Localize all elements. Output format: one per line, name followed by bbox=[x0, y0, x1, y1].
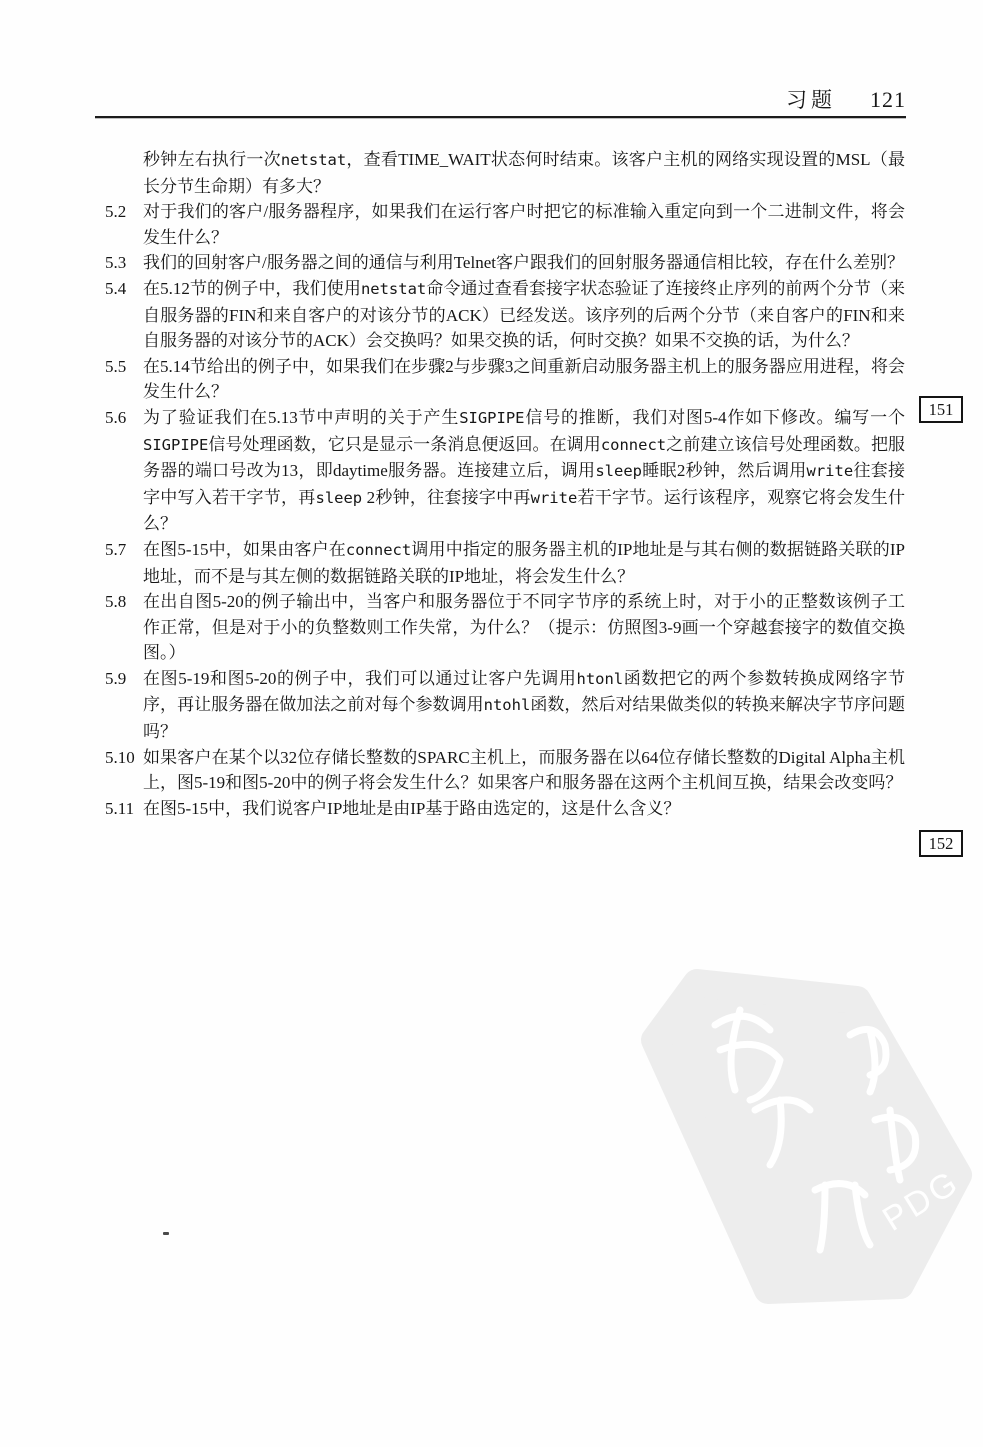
exercise-number: 5.9 bbox=[105, 666, 143, 745]
calligraphy-glyph bbox=[715, 1010, 780, 1100]
exercise-list: 秒钟左右执行一次netstat，查看TIME_WAIT状态何时结束。该客户主机的… bbox=[105, 147, 905, 821]
code-term: htonl bbox=[576, 670, 623, 688]
scanned-book-page: 习题121 秒钟左右执行一次netstat，查看TIME_WAIT状态何时结束。… bbox=[0, 0, 983, 1447]
calligraphy-glyph bbox=[850, 1029, 886, 1092]
header-rule bbox=[95, 116, 906, 118]
exercise-number: 5.6 bbox=[105, 405, 143, 537]
exercise-text: 在图5-19和图5-20的例子中，我们可以通过让客户先调用htonl函数把它的两… bbox=[143, 666, 905, 745]
exercise-5.8: 5.8 在出自图5-20的例子输出中，当客户和服务器位于不同字节序的系统上时，对… bbox=[105, 589, 905, 666]
exercise-5.5: 5.5 在5.14节给出的例子中，如果我们在步骤2与步骤3之间重新启动服务器主机… bbox=[105, 354, 905, 405]
exercise-number: 5.5 bbox=[105, 354, 143, 405]
exercise-number: 5.4 bbox=[105, 276, 143, 354]
exercise-number: 5.11 bbox=[105, 796, 143, 822]
exercise-text: 在图5-15中，如果由客户在connect调用中指定的服务器主机的IP地址是与其… bbox=[143, 537, 905, 589]
calligraphy-glyph bbox=[815, 1184, 870, 1250]
scan-artifact-dot bbox=[163, 1232, 169, 1235]
code-term: sleep bbox=[595, 462, 642, 480]
exercise-5.10: 5.10 如果客户在某个以32位存储长整数的SPARC主机上，而服务器在以64位… bbox=[105, 745, 905, 796]
page-break-marker-151: 151 bbox=[919, 396, 963, 423]
exercise-5.9: 5.9 在图5-19和图5-20的例子中，我们可以通过让客户先调用htonl函数… bbox=[105, 666, 905, 745]
section-title: 习题 bbox=[786, 88, 836, 112]
exercise-text: 如果客户在某个以32位存储长整数的SPARC主机上，而服务器在以64位存储长整数… bbox=[143, 745, 905, 796]
code-term: netstat bbox=[281, 151, 346, 169]
exercise-text: 为了验证我们在5.13节中声明的关于产生SIGPIPE信号的推断，我们对图5-4… bbox=[143, 405, 905, 537]
exercise-text: 我们的回射客户/服务器之间的通信与利用Telnet客户跟我们的回射服务器通信相比… bbox=[143, 250, 905, 276]
exercise-number: 5.7 bbox=[105, 537, 143, 589]
exercise-number: 5.8 bbox=[105, 589, 143, 666]
exercise-5.11: 5.11 在图5-15中，我们说客户IP地址是由IP基于路由选定的，这是什么含义… bbox=[105, 796, 905, 822]
code-term: write bbox=[807, 462, 854, 480]
code-term: SIGPIPE bbox=[143, 436, 208, 454]
calligraphy-glyph bbox=[755, 1100, 810, 1165]
page-break-marker-152: 152 bbox=[919, 830, 963, 857]
exercise-text: 在出自图5-20的例子输出中，当客户和服务器位于不同字节序的系统上时，对于小的正… bbox=[143, 589, 905, 666]
exercise-5.4: 5.4 在5.12节的例子中，我们使用netstat命令通过查看套接字状态验证了… bbox=[105, 276, 905, 354]
exercise-text: 在图5-15中，我们说客户IP地址是由IP基于路由选定的，这是什么含义？ bbox=[143, 796, 905, 822]
exercise-text: 在5.12节的例子中，我们使用netstat命令通过查看套接字状态验证了连接终止… bbox=[143, 276, 905, 354]
exercise-text: 在5.14节给出的例子中，如果我们在步骤2与步骤3之间重新启动服务器主机上的服务… bbox=[143, 354, 905, 405]
running-header: 习题121 bbox=[95, 84, 906, 114]
exercise-5.3: 5.3 我们的回射客户/服务器之间的通信与利用Telnet客户跟我们的回射服务器… bbox=[105, 250, 905, 276]
exercise-number: 5.10 bbox=[105, 745, 143, 796]
watermark-label: PDG bbox=[876, 1163, 966, 1239]
exercise-number: 5.2 bbox=[105, 199, 143, 250]
code-term: SIGPIPE bbox=[459, 409, 524, 427]
exercise-5.1-continuation: 秒钟左右执行一次netstat，查看TIME_WAIT状态何时结束。该客户主机的… bbox=[143, 147, 905, 199]
page-number: 121 bbox=[870, 87, 906, 112]
exercise-text: 对于我们的客户/服务器程序，如果我们在运行客户时把它的标准输入重定向到一个二进制… bbox=[143, 199, 905, 250]
watermark-blob bbox=[655, 983, 958, 1290]
calligraphy-glyph bbox=[875, 1110, 916, 1180]
calligraphy-glyphs bbox=[715, 1010, 916, 1250]
exercise-5.2: 5.2 对于我们的客户/服务器程序，如果我们在运行客户时把它的标准输入重定向到一… bbox=[105, 199, 905, 250]
pdg-watermark: PDG bbox=[620, 950, 980, 1310]
exercise-5.6: 5.6 为了验证我们在5.13节中声明的关于产生SIGPIPE信号的推断，我们对… bbox=[105, 405, 905, 537]
code-term: write bbox=[531, 489, 578, 507]
exercise-number: 5.3 bbox=[105, 250, 143, 276]
code-term: sleep bbox=[315, 489, 362, 507]
exercise-5.7: 5.7 在图5-15中，如果由客户在connect调用中指定的服务器主机的IP地… bbox=[105, 537, 905, 589]
code-term: connect bbox=[346, 541, 411, 559]
code-term: connect bbox=[601, 436, 666, 454]
code-term: ntohl bbox=[484, 696, 531, 714]
code-term: netstat bbox=[361, 280, 426, 298]
